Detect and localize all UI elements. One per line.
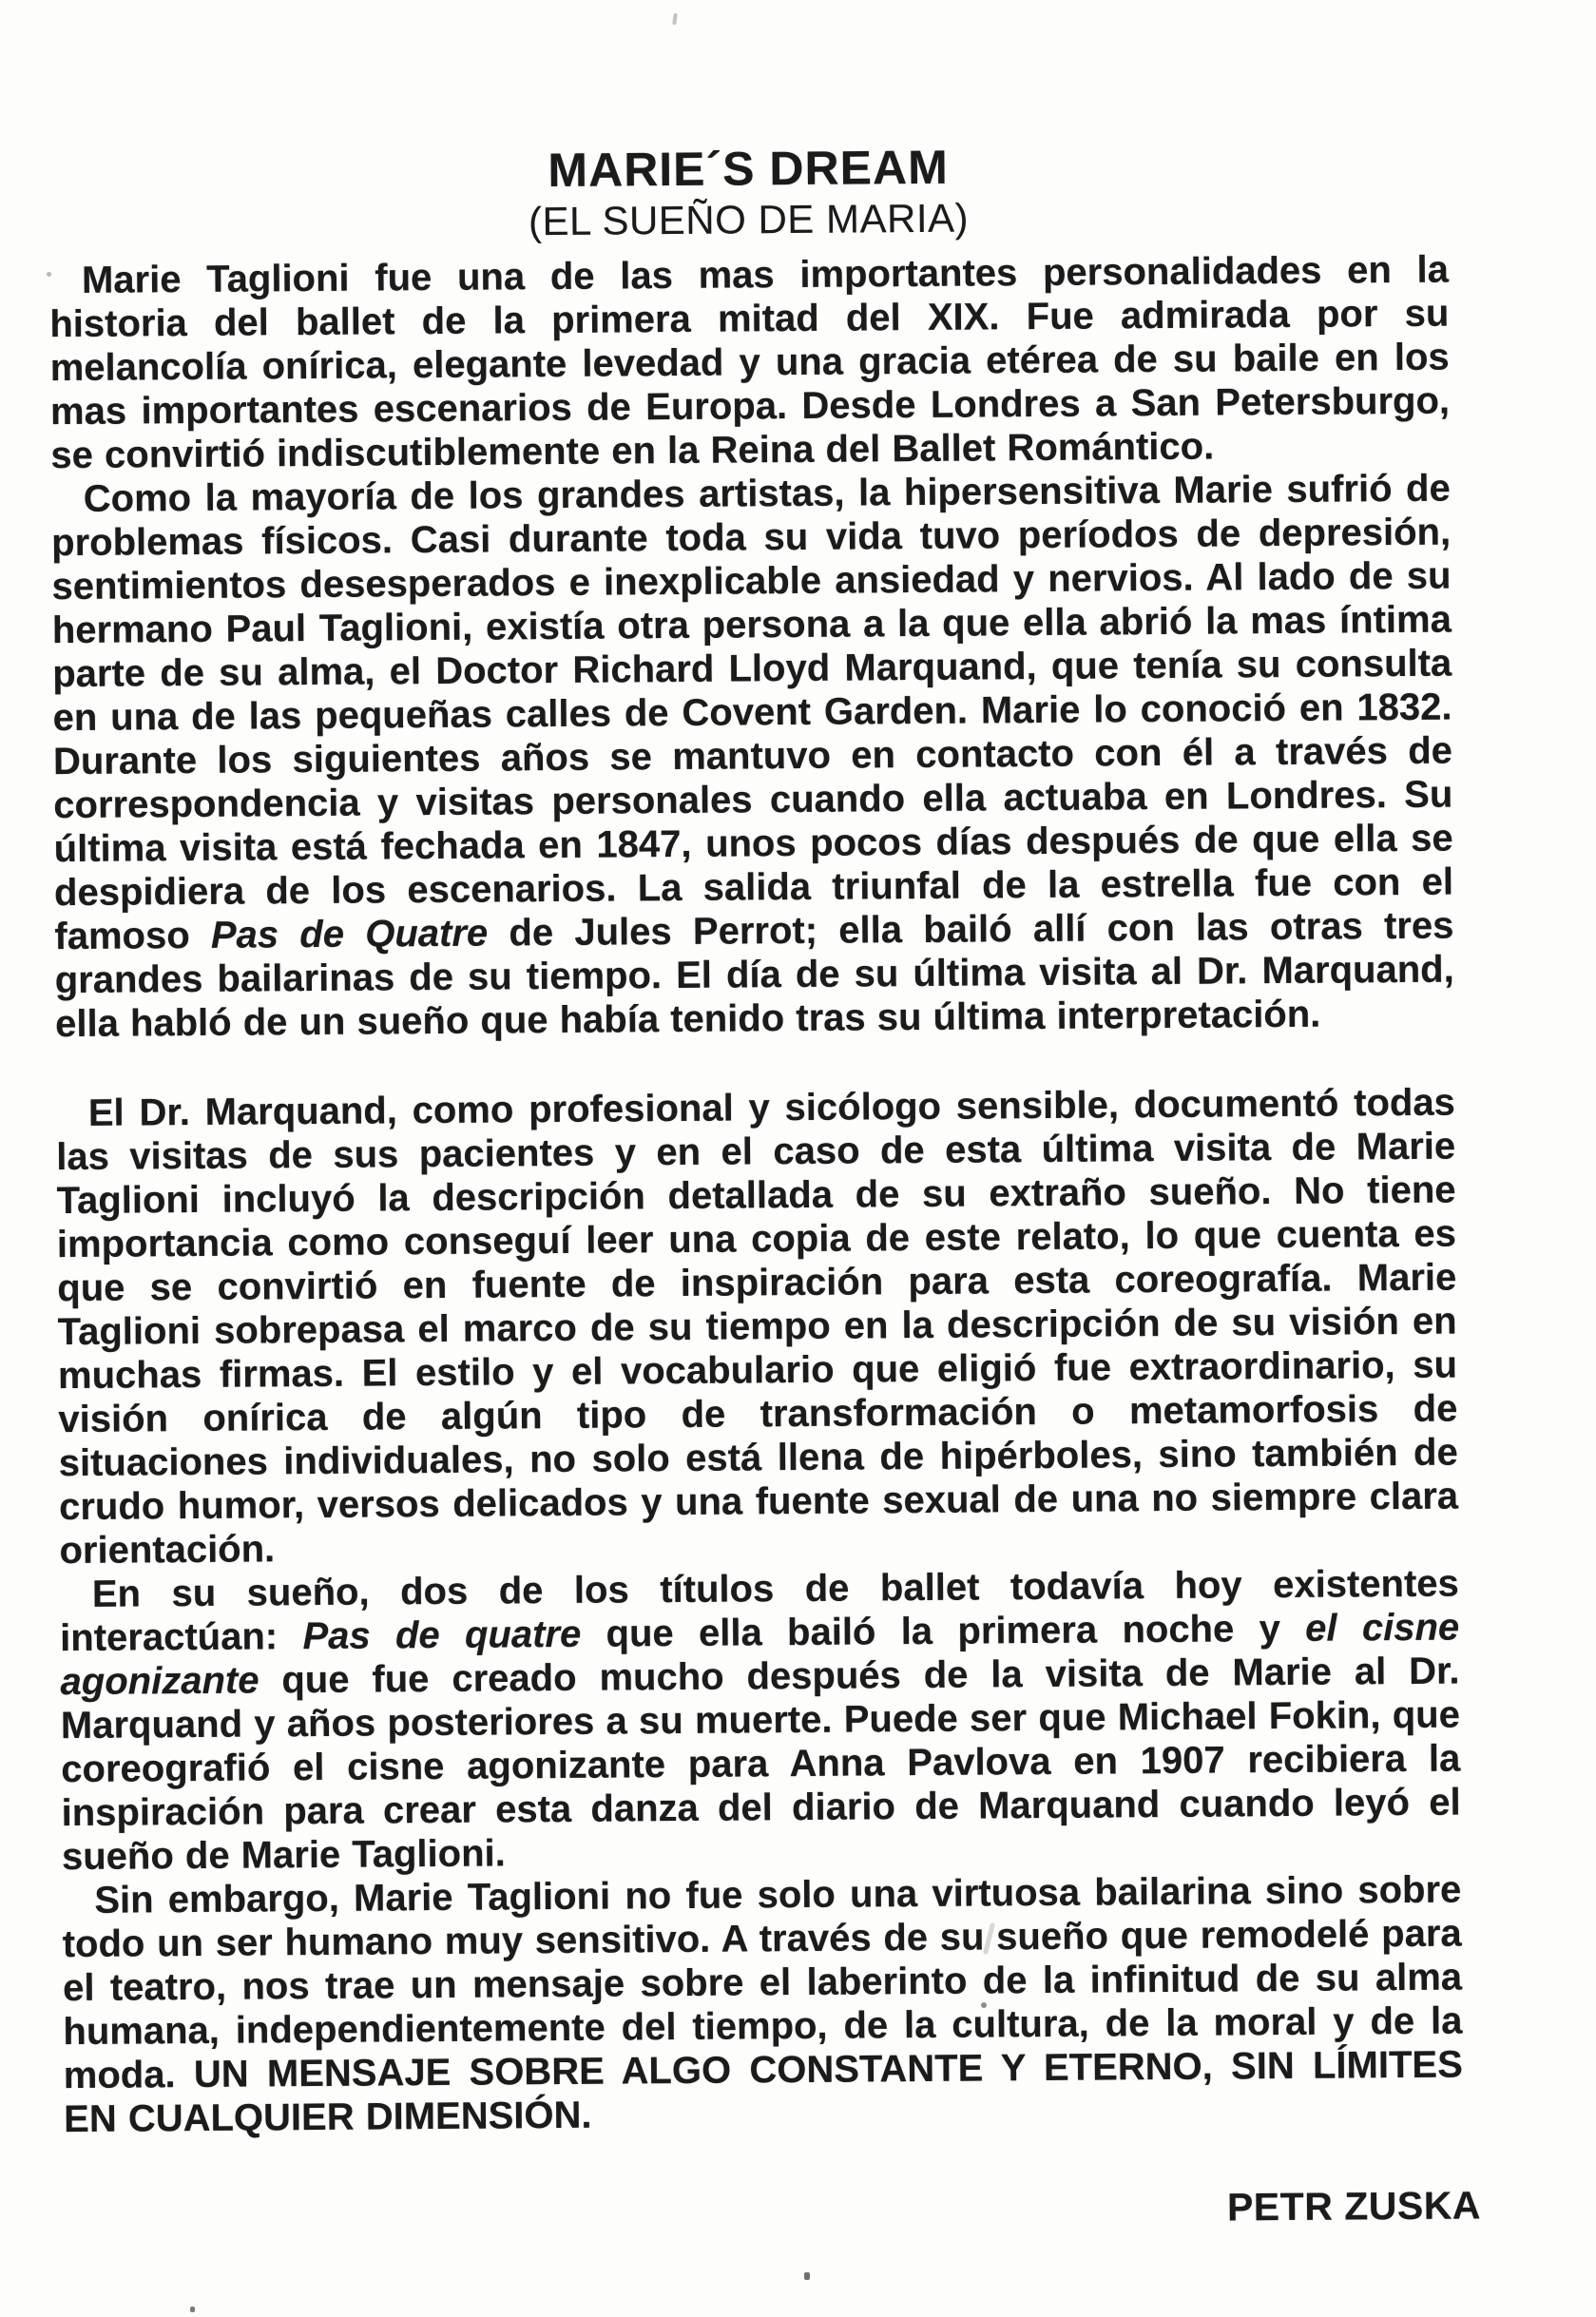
paragraph-2: Como la mayoría de los grandes artistas,… <box>51 467 1455 1047</box>
author-signature: PETR ZUSKA <box>65 2183 1481 2239</box>
text-run: El Dr. Marquand, como profesional y sicó… <box>56 1082 1458 1573</box>
article-body: Marie Taglioni fue una de las mas import… <box>49 248 1464 2141</box>
text-column: MARIE´S DREAM (EL SUEÑO DE MARIA) Marie … <box>48 0 1464 2239</box>
text-run: que ella bailó la primera noche y <box>581 1608 1305 1655</box>
text-run: Marie Taglioni fue una de las mas import… <box>49 249 1450 477</box>
italic-run-pas-de-quatre: Pas de quatre <box>302 1613 581 1657</box>
scan-speck <box>190 2307 195 2312</box>
scan-speck <box>804 2272 810 2280</box>
scan-speck <box>981 2002 987 2008</box>
document-subtitle: (EL SUEÑO DE MARIA) <box>48 191 1448 250</box>
italic-run-pas-de-quatre: Pas de Quatre <box>211 913 489 956</box>
paragraph-1: Marie Taglioni fue una de las mas import… <box>49 248 1451 478</box>
scan-speck <box>47 272 51 277</box>
text-run: Sin embargo, Marie Taglioni no fue solo … <box>63 1869 1463 2141</box>
text-run: Como la mayoría de los grandes artistas,… <box>51 468 1453 958</box>
paragraph-4: En su sueño, dos de los títulos de balle… <box>60 1562 1461 1880</box>
scan-tilt-wrapper: MARIE´S DREAM (EL SUEÑO DE MARIA) Marie … <box>0 0 1596 2240</box>
paragraph-3: El Dr. Marquand, como profesional y sicó… <box>56 1081 1459 1574</box>
paragraph-5: Sin embargo, Marie Taglioni no fue solo … <box>62 1868 1463 2142</box>
text-run: que fue creado mucho después de la visit… <box>61 1651 1461 1879</box>
scanned-document-page: MARIE´S DREAM (EL SUEÑO DE MARIA) Marie … <box>0 0 1596 2317</box>
